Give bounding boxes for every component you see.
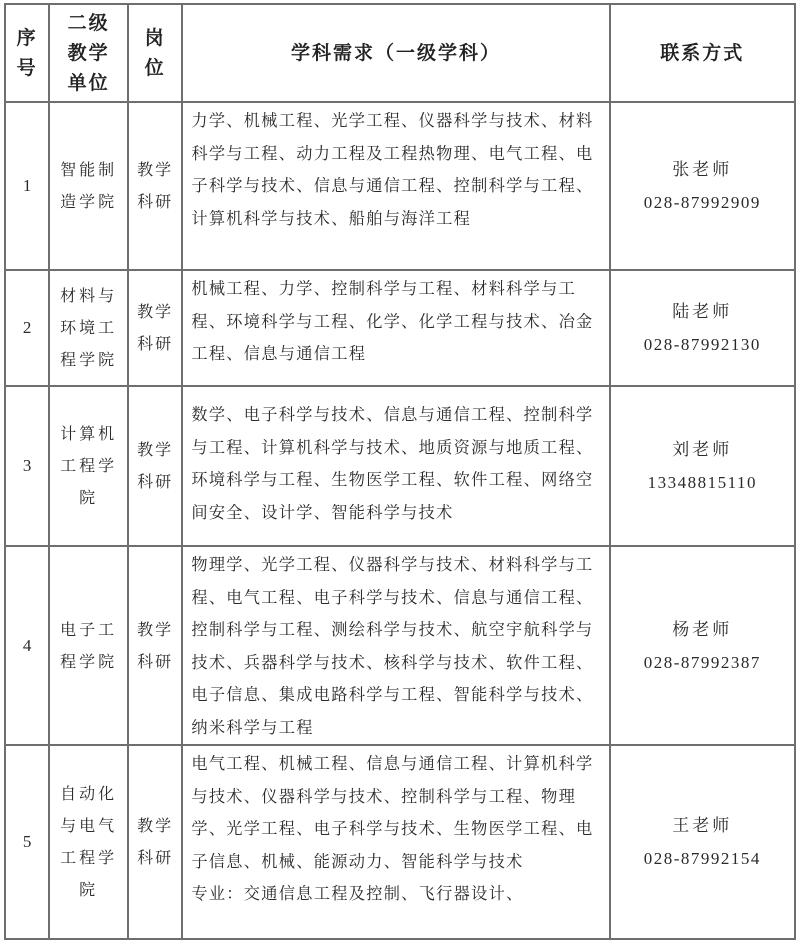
contact-name: 刘老师: [611, 433, 794, 467]
row-unit: 计算机 工程学 院: [49, 386, 128, 546]
row-seq: 4: [5, 546, 49, 745]
contact-name: 杨老师: [611, 613, 794, 647]
row-seq: 5: [5, 745, 49, 939]
row-unit: 材料与 环境工 程学院: [49, 270, 128, 386]
contact-phone: 028-87992154: [611, 843, 794, 875]
header-contact: 联系方式: [610, 4, 795, 102]
table-row: 4 电子工 程学院 教学 科研 物理学、光学工程、仪器科学与技术、材料科学与工程…: [5, 546, 795, 745]
row-subject: 机械工程、力学、控制科学与工程、材料科学与工程、环境科学与工程、化学、化学工程与…: [182, 270, 609, 386]
row-seq: 3: [5, 386, 49, 546]
contact-phone: 028-87992130: [611, 329, 794, 361]
contact-name: 张老师: [611, 153, 794, 187]
row-post: 教学 科研: [128, 270, 182, 386]
row-seq: 2: [5, 270, 49, 386]
contact-phone: 028-87992387: [611, 647, 794, 679]
row-subject: 电气工程、机械工程、信息与通信工程、计算机科学与技术、仪器科学与技术、控制科学与…: [182, 745, 609, 939]
subject-extra: 专业：交通信息工程及控制、飞行器设计、: [191, 884, 523, 903]
table-row: 2 材料与 环境工 程学院 教学 科研 机械工程、力学、控制科学与工程、材料科学…: [5, 270, 795, 386]
contact-name: 陆老师: [611, 295, 794, 329]
row-unit: 智能制 造学院: [49, 102, 128, 270]
row-subject: 力学、机械工程、光学工程、仪器科学与技术、材料科学与工程、动力工程及工程热物理、…: [182, 102, 609, 270]
recruitment-table: 序 号 二级 教学 单位 岗 位 学科需求（一级学科） 联系方式 1 智能制 造…: [4, 3, 796, 940]
row-subject: 数学、电子科学与技术、信息与通信工程、控制科学与工程、计算机科学与技术、地质资源…: [182, 386, 609, 546]
row-contact: 张老师 028-87992909: [610, 102, 795, 270]
row-post: 教学 科研: [128, 102, 182, 270]
table-row: 3 计算机 工程学 院 教学 科研 数学、电子科学与技术、信息与通信工程、控制科…: [5, 386, 795, 546]
table-row: 1 智能制 造学院 教学 科研 力学、机械工程、光学工程、仪器科学与技术、材料科…: [5, 102, 795, 270]
row-unit: 自动化 与电气 工程学 院: [49, 745, 128, 939]
row-seq: 1: [5, 102, 49, 270]
row-contact: 王老师 028-87992154: [610, 745, 795, 939]
header-unit: 二级 教学 单位: [49, 4, 128, 102]
row-contact: 刘老师 13348815110: [610, 386, 795, 546]
row-subject: 物理学、光学工程、仪器科学与技术、材料科学与工程、电气工程、电子科学与技术、信息…: [182, 546, 609, 745]
row-post: 教学 科研: [128, 745, 182, 939]
contact-name: 王老师: [611, 809, 794, 843]
contact-phone: 13348815110: [611, 467, 794, 499]
subject-list: 电气工程、机械工程、信息与通信工程、计算机科学与技术、仪器科学与技术、控制科学与…: [191, 754, 593, 871]
header-subject: 学科需求（一级学科）: [182, 4, 609, 102]
header-row: 序 号 二级 教学 单位 岗 位 学科需求（一级学科） 联系方式: [5, 4, 795, 102]
row-post: 教学 科研: [128, 546, 182, 745]
row-unit: 电子工 程学院: [49, 546, 128, 745]
table-row: 5 自动化 与电气 工程学 院 教学 科研 电气工程、机械工程、信息与通信工程、…: [5, 745, 795, 939]
row-contact: 陆老师 028-87992130: [610, 270, 795, 386]
header-post: 岗 位: [128, 4, 182, 102]
row-post: 教学 科研: [128, 386, 182, 546]
header-seq: 序 号: [5, 4, 49, 102]
contact-phone: 028-87992909: [611, 187, 794, 219]
row-contact: 杨老师 028-87992387: [610, 546, 795, 745]
